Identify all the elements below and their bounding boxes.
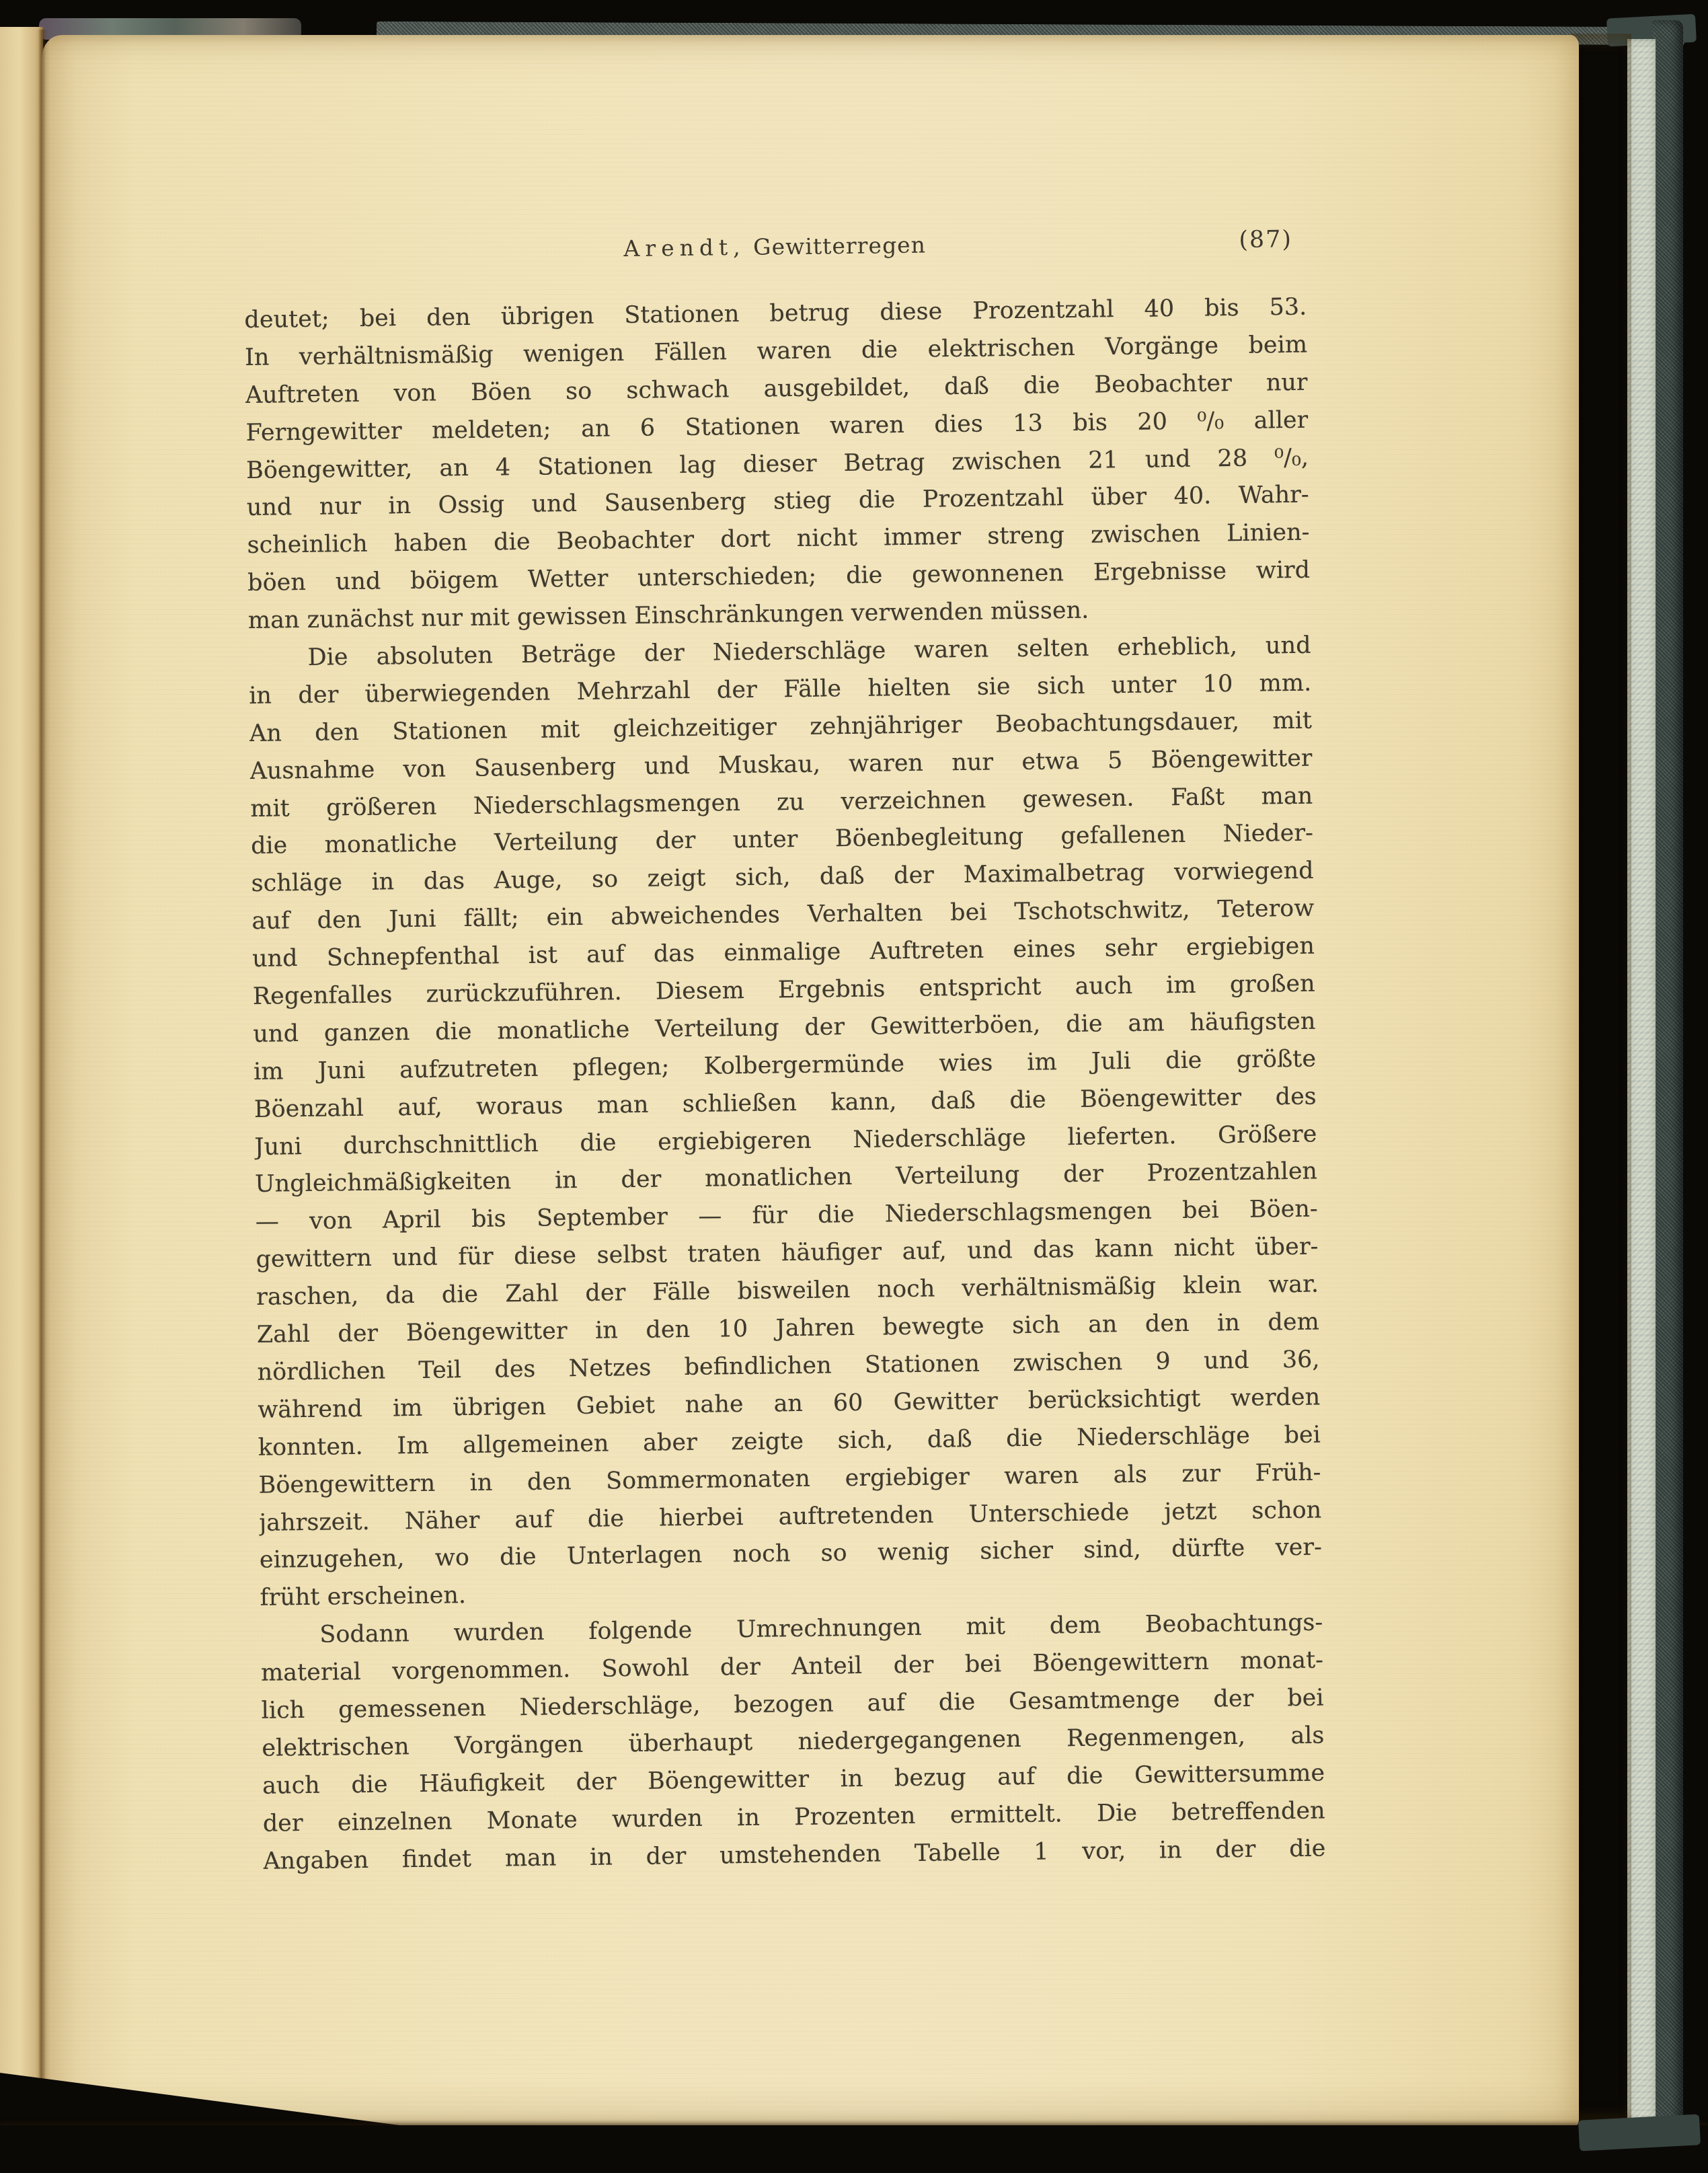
running-title-work: Gewitterregen [753, 232, 926, 260]
book-cover-right [1652, 20, 1683, 2145]
page-body: deutet; bei den übrigen Stationen betrug… [244, 289, 1326, 1881]
running-title-author: Arendt, [623, 234, 746, 262]
paragraph: Die absoluten Beträge der Niederschläge … [248, 627, 1323, 1617]
bottom-shadow-band [0, 2125, 1708, 2173]
page-number: (87) [1239, 226, 1292, 254]
page-content: Arendt, Gewitterregen (87) deutet; bei d… [243, 227, 1326, 1881]
book-cover-corner-bottom [1578, 2114, 1701, 2151]
gutter-crease [35, 30, 50, 2121]
page-header: Arendt, Gewitterregen (87) [243, 227, 1307, 275]
running-title: Arendt, Gewitterregen [623, 232, 926, 262]
scan-background: { "colors":{ "bg":"#0b0906","paper":"#f1… [0, 0, 1708, 2173]
paragraph: Sodann wurden folgende Umrechnungen mit … [260, 1605, 1326, 1881]
fore-edge-pages [1571, 34, 1631, 2124]
book-page: Arendt, Gewitterregen (87) deutet; bei d… [42, 35, 1579, 2128]
book-cloth-edge [1627, 39, 1656, 2124]
paragraph: deutet; bei den übrigen Stationen betrug… [244, 289, 1311, 640]
